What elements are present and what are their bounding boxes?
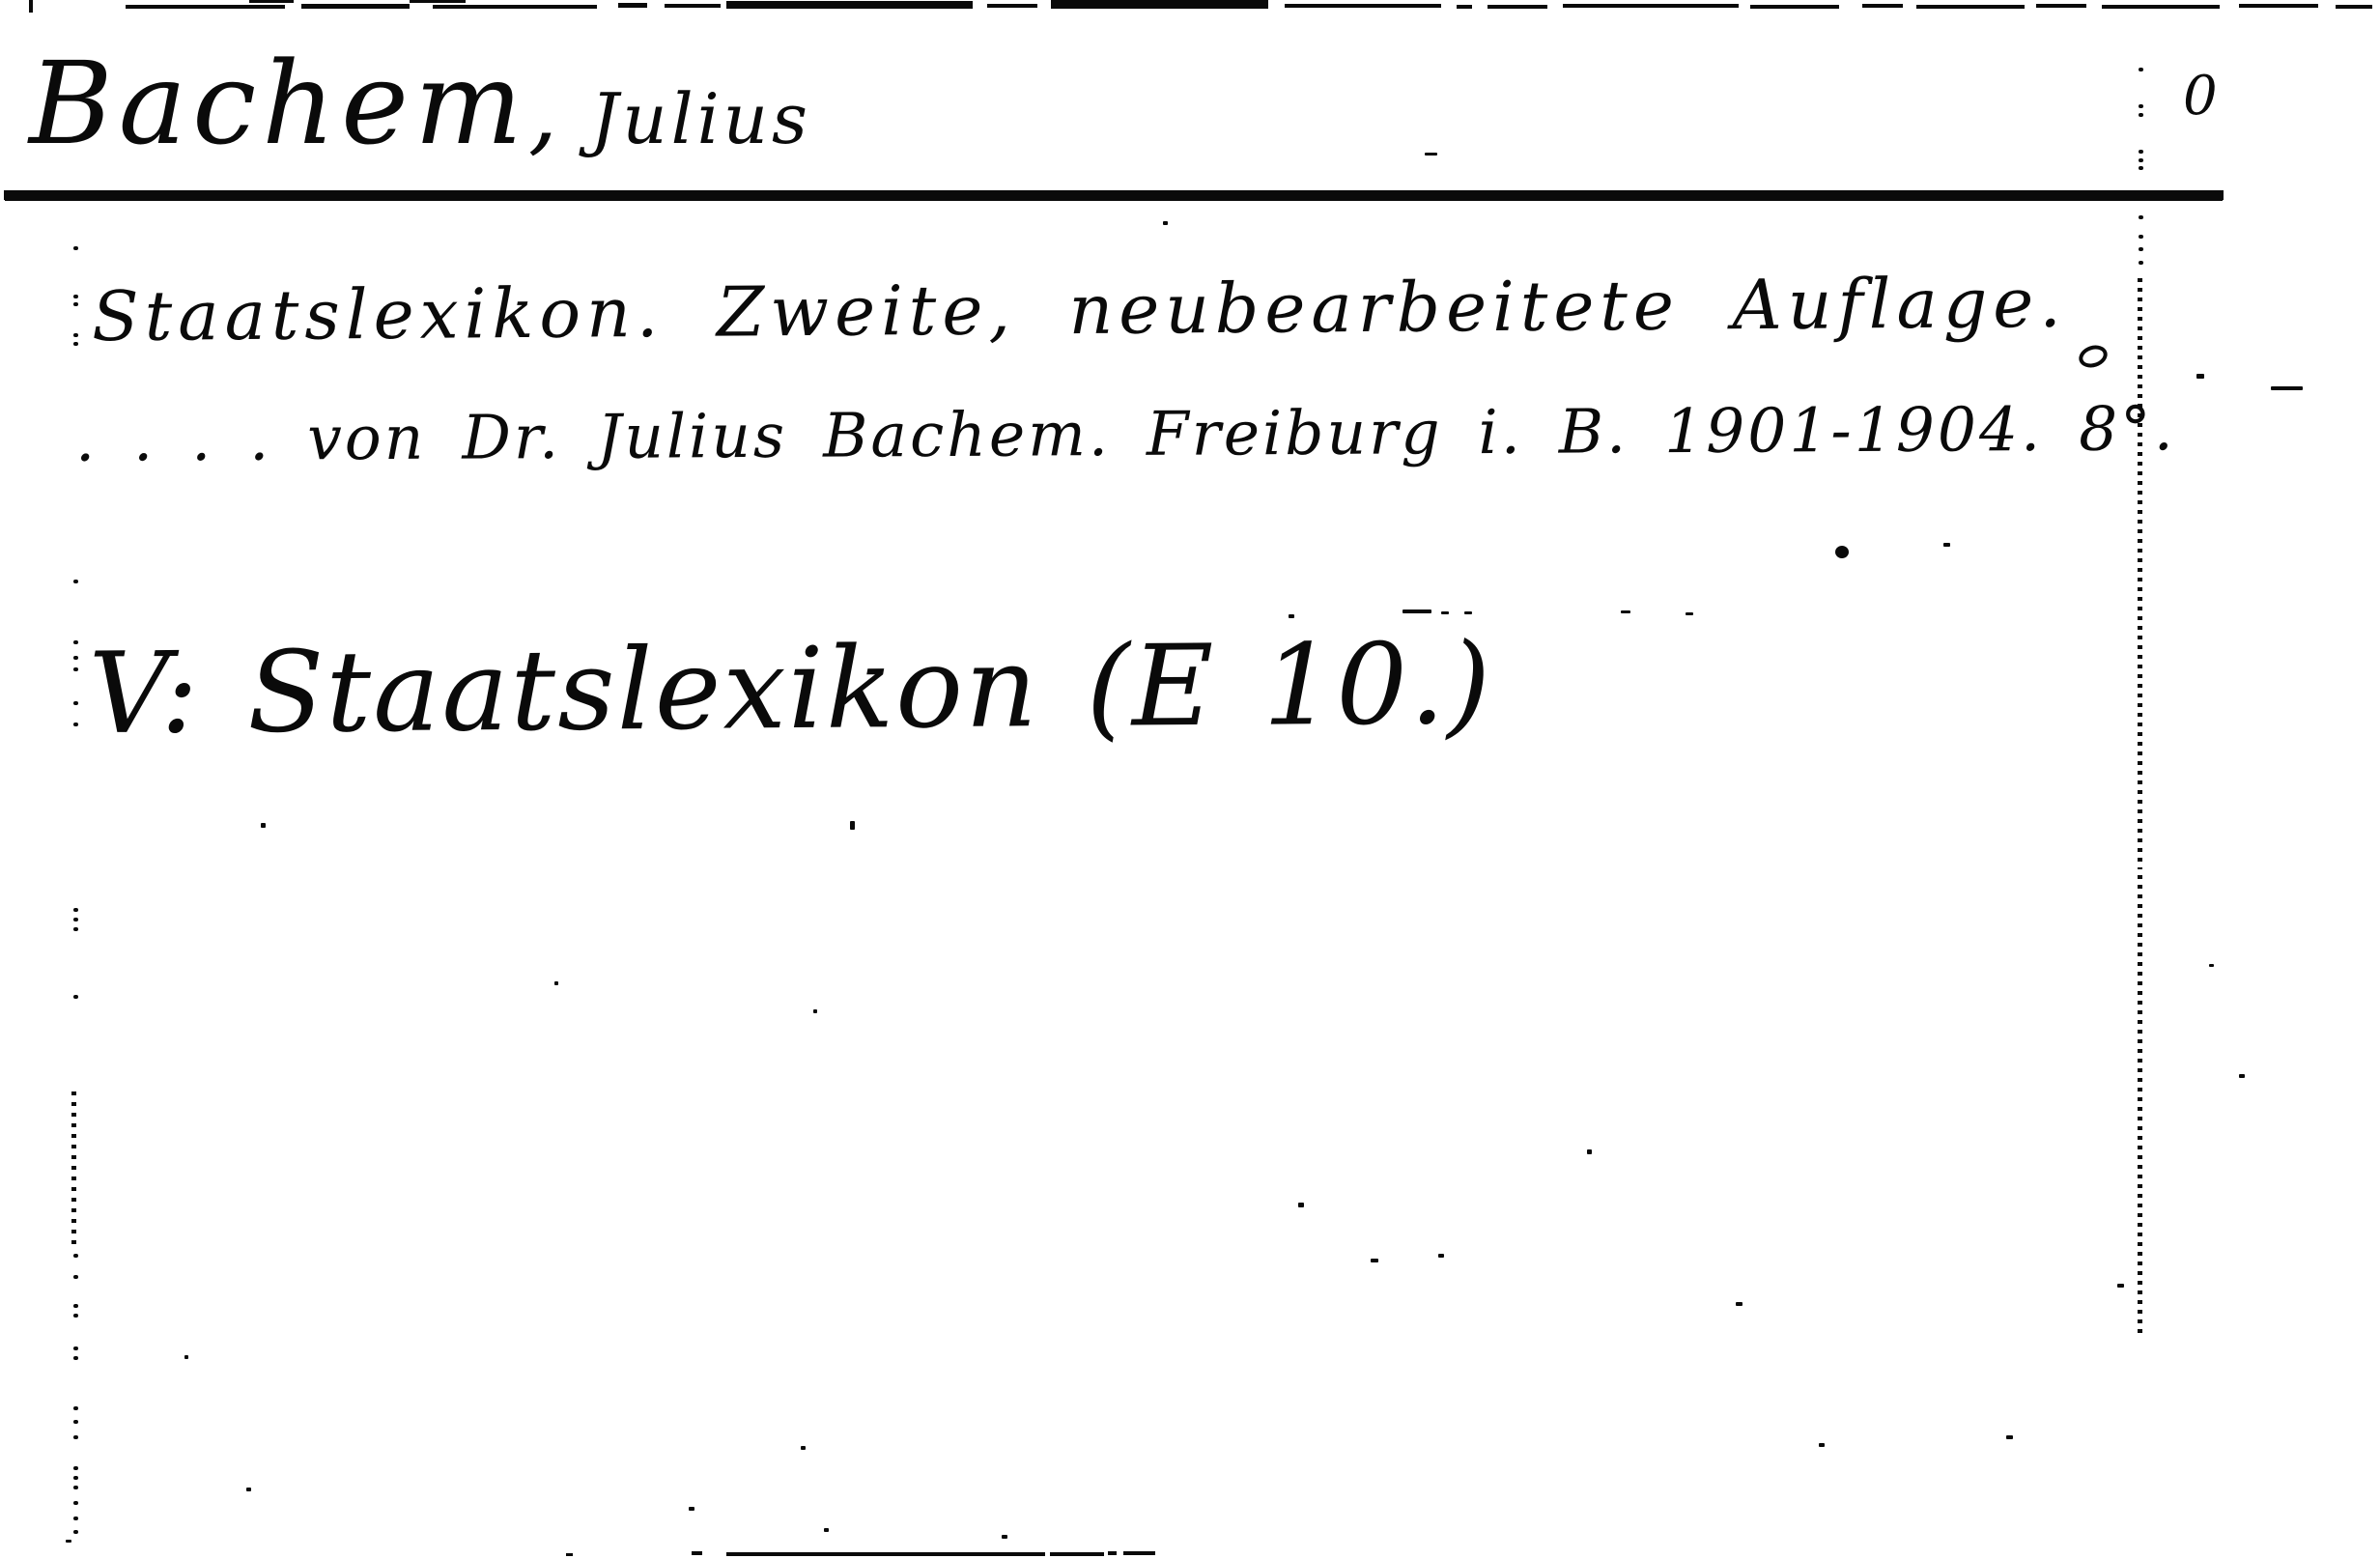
ink-speck	[824, 1528, 829, 1532]
top-edge-dash	[301, 4, 410, 9]
top-edge-dash	[618, 3, 647, 8]
ink-speck	[1298, 1203, 1304, 1207]
ink-speck	[1438, 1254, 1444, 1258]
ink-speck	[1289, 614, 1294, 618]
right-margin-dot	[2139, 166, 2143, 170]
top-edge-dash	[726, 1, 973, 9]
ink-speck	[1425, 153, 1437, 156]
left-margin-dot	[73, 1516, 78, 1520]
ink-speck	[184, 1355, 188, 1359]
right-margin-dot	[2139, 261, 2143, 265]
ink-speck	[2209, 964, 2214, 967]
top-edge-dash	[987, 4, 1037, 8]
ink-speck	[813, 1009, 817, 1013]
ink-speck	[2006, 1435, 2013, 1439]
ink-curl-mark	[2076, 342, 2110, 371]
ink-speck	[2117, 1284, 2124, 1288]
ink-speck	[554, 981, 558, 985]
ink-speck	[1163, 221, 1168, 225]
ink-speck	[1621, 610, 1630, 613]
imprint-line: . . . . von Dr. Julius Bachem. Freiburg …	[75, 398, 2176, 469]
top-edge-dash	[1487, 5, 1547, 9]
cross-reference-line: V: Staatslexikon (E 10.)	[89, 629, 1493, 751]
ink-speck	[1587, 1149, 1592, 1154]
top-edge-dash	[1916, 5, 2025, 9]
left-margin-dot	[73, 667, 78, 671]
ink-speck	[1943, 543, 1950, 547]
right-margin-dot	[2139, 104, 2143, 108]
bottom-edge-dash	[1123, 1551, 1155, 1555]
left-margin-dot	[73, 295, 78, 298]
ink-speck	[66, 1540, 71, 1543]
right-margin-dotted-line	[2138, 875, 2142, 1337]
left-margin-dot	[73, 246, 78, 250]
top-edge-dash	[1862, 4, 1903, 8]
left-margin-dot	[73, 302, 78, 306]
left-margin-dot	[73, 1346, 78, 1350]
author-forename: Julius	[590, 78, 811, 159]
left-margin-dot	[73, 1435, 78, 1439]
top-edge-dash	[29, 0, 33, 13]
top-edge-dash	[126, 5, 285, 9]
left-margin-dot	[73, 927, 78, 931]
right-margin-dot	[2139, 68, 2143, 71]
top-edge-dash	[433, 5, 597, 9]
bottom-edge-dash	[1108, 1551, 1117, 1555]
top-edge-dash	[1563, 4, 1739, 8]
ink-speck	[1402, 609, 1431, 613]
ink-speck	[1819, 1443, 1825, 1447]
title-line: Staatslexikon. Zweite, neubearbeitete Au…	[92, 269, 2067, 351]
left-margin-dot	[73, 1501, 78, 1505]
top-edge-dash	[1051, 0, 1268, 9]
right-margin-dot	[2139, 113, 2143, 117]
left-margin-dot	[73, 1486, 78, 1489]
left-margin-dotted-line	[71, 1091, 76, 1244]
left-margin-dot	[73, 1420, 78, 1424]
left-margin-dot	[73, 995, 78, 999]
left-margin-dot	[73, 918, 78, 921]
ink-speck	[1371, 1259, 1378, 1262]
left-margin-dot	[73, 1254, 78, 1258]
ink-speck	[1441, 611, 1449, 614]
right-margin-dot	[2139, 150, 2143, 154]
ink-speck	[1736, 1302, 1742, 1306]
ink-speck	[2196, 374, 2204, 379]
corner-page-number: 0	[2183, 70, 2218, 124]
left-margin-dot	[73, 1314, 78, 1318]
left-margin-dot	[73, 723, 78, 726]
ink-speck	[261, 823, 266, 828]
top-edge-dash	[1285, 4, 1441, 8]
left-margin-dot	[73, 580, 78, 583]
heading-separator: ,	[528, 57, 558, 165]
left-margin-dot	[73, 342, 78, 346]
ink-speck	[2271, 386, 2303, 390]
right-margin-dot	[2139, 158, 2143, 162]
top-edge-dash	[2239, 4, 2318, 8]
left-margin-dot	[73, 1356, 78, 1360]
top-edge-dash	[2102, 5, 2220, 9]
top-edge-dash	[665, 4, 721, 8]
top-edge-dash	[249, 0, 294, 3]
top-edge-dash	[2036, 4, 2086, 8]
left-margin-dot	[73, 333, 78, 337]
right-margin-dot	[2139, 247, 2143, 251]
right-margin-dot	[2139, 235, 2143, 239]
top-edge-dash	[1750, 5, 1839, 9]
catalog-card: Bachem, Julius 0 Staatslexikon. Zweite, …	[0, 0, 2380, 1559]
top-edge-dash	[410, 0, 466, 3]
top-edge-dash	[1457, 5, 1472, 9]
ink-speck	[1686, 612, 1693, 615]
top-edge-dash	[2336, 5, 2372, 9]
left-margin-dot	[73, 701, 78, 705]
heading-underline-rule	[4, 190, 2224, 200]
ink-speck	[689, 1507, 694, 1511]
bottom-edge-dash	[1050, 1552, 1104, 1556]
bottom-edge-dash	[566, 1553, 573, 1556]
ink-speck	[1464, 611, 1472, 614]
left-margin-dot	[73, 656, 78, 660]
left-margin-dot	[73, 1530, 78, 1534]
ink-speck	[801, 1446, 806, 1450]
ink-speck	[2239, 1074, 2245, 1078]
author-heading: Bachem, Julius	[29, 37, 811, 170]
left-margin-dot	[73, 1406, 78, 1410]
ink-speck	[850, 821, 855, 830]
ink-speck	[1835, 546, 1849, 558]
left-margin-dot	[73, 1304, 78, 1308]
left-margin-dot	[73, 640, 78, 644]
left-margin-dot	[73, 1466, 78, 1470]
right-margin-dot	[2139, 215, 2143, 219]
left-margin-dot	[73, 908, 78, 912]
left-margin-dot	[73, 1476, 78, 1480]
left-margin-dot	[73, 1275, 78, 1279]
bottom-edge-dash	[726, 1552, 1045, 1556]
right-margin-dotted-line	[2138, 278, 2142, 869]
ink-speck	[246, 1488, 251, 1491]
bottom-edge-dash	[692, 1551, 702, 1555]
ink-speck	[1002, 1535, 1007, 1539]
author-surname: Bachem	[29, 37, 528, 170]
